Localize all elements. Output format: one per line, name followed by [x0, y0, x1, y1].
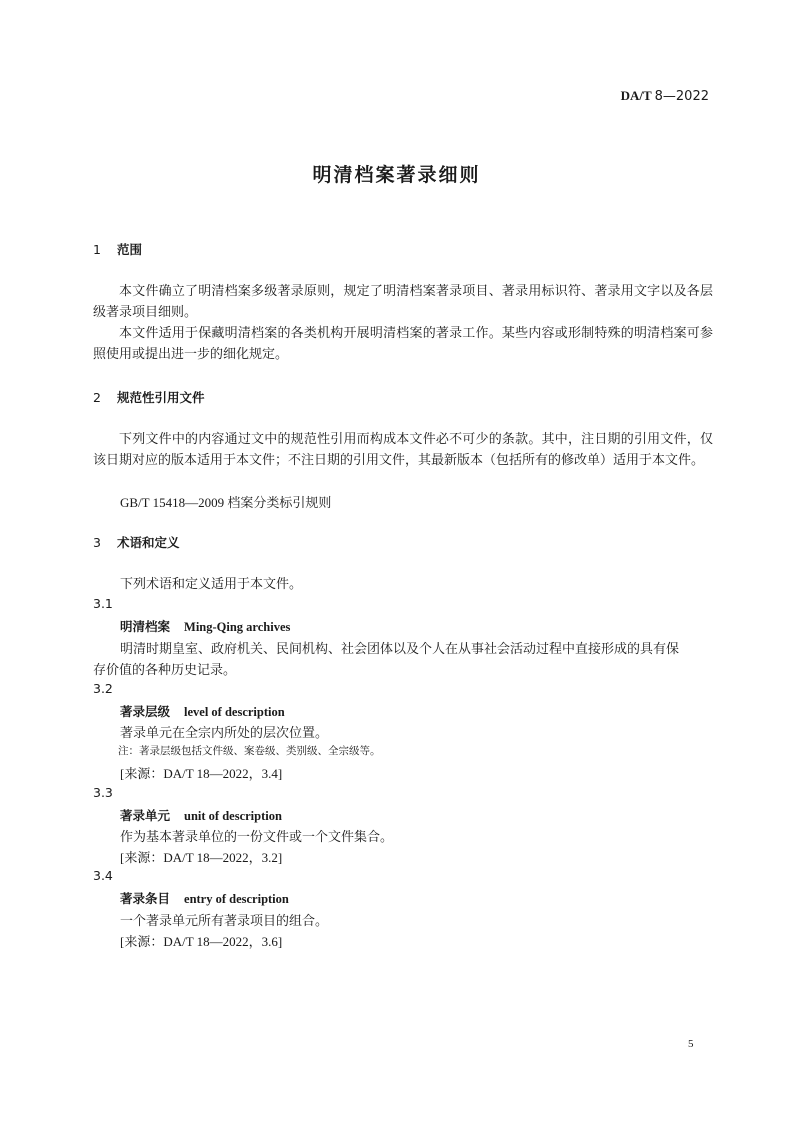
paragraph: 本文件确立了明清档案多级著录原则，规定了明清档案著录项目、著录用标识符、著录用文…: [93, 280, 713, 322]
term-zh: 著录条目: [120, 891, 170, 906]
page-number: 5: [688, 1038, 694, 1050]
term-zh: 著录单元: [120, 808, 170, 823]
term-en: unit of description: [184, 809, 282, 823]
term-zh: 著录层级: [120, 704, 170, 719]
document-code: DA/T 8—2022: [621, 88, 709, 104]
term-heading: 著录单元unit of description: [120, 806, 282, 824]
section-heading-1: 1范围: [93, 240, 142, 258]
doc-code-prefix: DA/T: [621, 88, 652, 103]
section-heading-3: 3术语和定义: [93, 533, 180, 551]
term-zh: 明清档案: [120, 619, 170, 634]
clause-number: 3.2: [93, 681, 113, 696]
term-heading: 著录层级level of description: [120, 702, 285, 720]
section-title: 术语和定义: [117, 535, 180, 550]
term-en: Ming-Qing archives: [184, 620, 290, 634]
section-title: 范围: [117, 242, 142, 257]
term-definition-cont: 存价值的各种历史记录。: [93, 659, 236, 678]
document-title: 明清档案著录细则: [0, 160, 793, 187]
section-title: 规范性引用文件: [117, 390, 205, 405]
term-heading: 著录条目entry of description: [120, 889, 289, 907]
clause-number: 3.1: [93, 596, 113, 611]
term-source: [来源：DA/T 18—2022，3.4]: [120, 763, 282, 782]
section-number: 2: [93, 390, 117, 405]
term-definition: 著录单元在全宗内所处的层次位置。: [120, 722, 328, 741]
paragraph: 下列文件中的内容通过文中的规范性引用而构成本文件必不可少的条款。其中，注日期的引…: [93, 428, 713, 470]
term-source: [来源：DA/T 18—2022，3.2]: [120, 847, 282, 866]
clause-number: 3.4: [93, 868, 113, 883]
paragraph: 下列术语和定义适用于本文件。: [120, 573, 302, 592]
section-heading-2: 2规范性引用文件: [93, 388, 205, 406]
normative-reference: GB/T 15418—2009 档案分类标引规则: [120, 492, 331, 511]
section-number: 1: [93, 242, 117, 257]
clause-number: 3.3: [93, 785, 113, 800]
section-number: 3: [93, 535, 117, 550]
term-definition: 一个著录单元所有著录项目的组合。: [120, 910, 328, 929]
term-definition: 作为基本著录单位的一份文件或一个文件集合。: [120, 826, 393, 845]
term-en: entry of description: [184, 892, 289, 906]
paragraph: 本文件适用于保藏明清档案的各类机构开展明清档案的著录工作。某些内容或形制特殊的明…: [93, 322, 713, 364]
term-en: level of description: [184, 705, 285, 719]
term-note: 注：著录层级包括文件级、案卷级、类别级、全宗级等。: [118, 743, 381, 758]
term-heading: 明清档案Ming-Qing archives: [120, 617, 290, 635]
term-definition: 明清时期皇室、政府机关、民间机构、社会团体以及个人在从事社会活动过程中直接形成的…: [120, 638, 679, 657]
doc-code-number: 8—2022: [655, 89, 709, 104]
term-source: [来源：DA/T 18—2022，3.6]: [120, 931, 282, 950]
